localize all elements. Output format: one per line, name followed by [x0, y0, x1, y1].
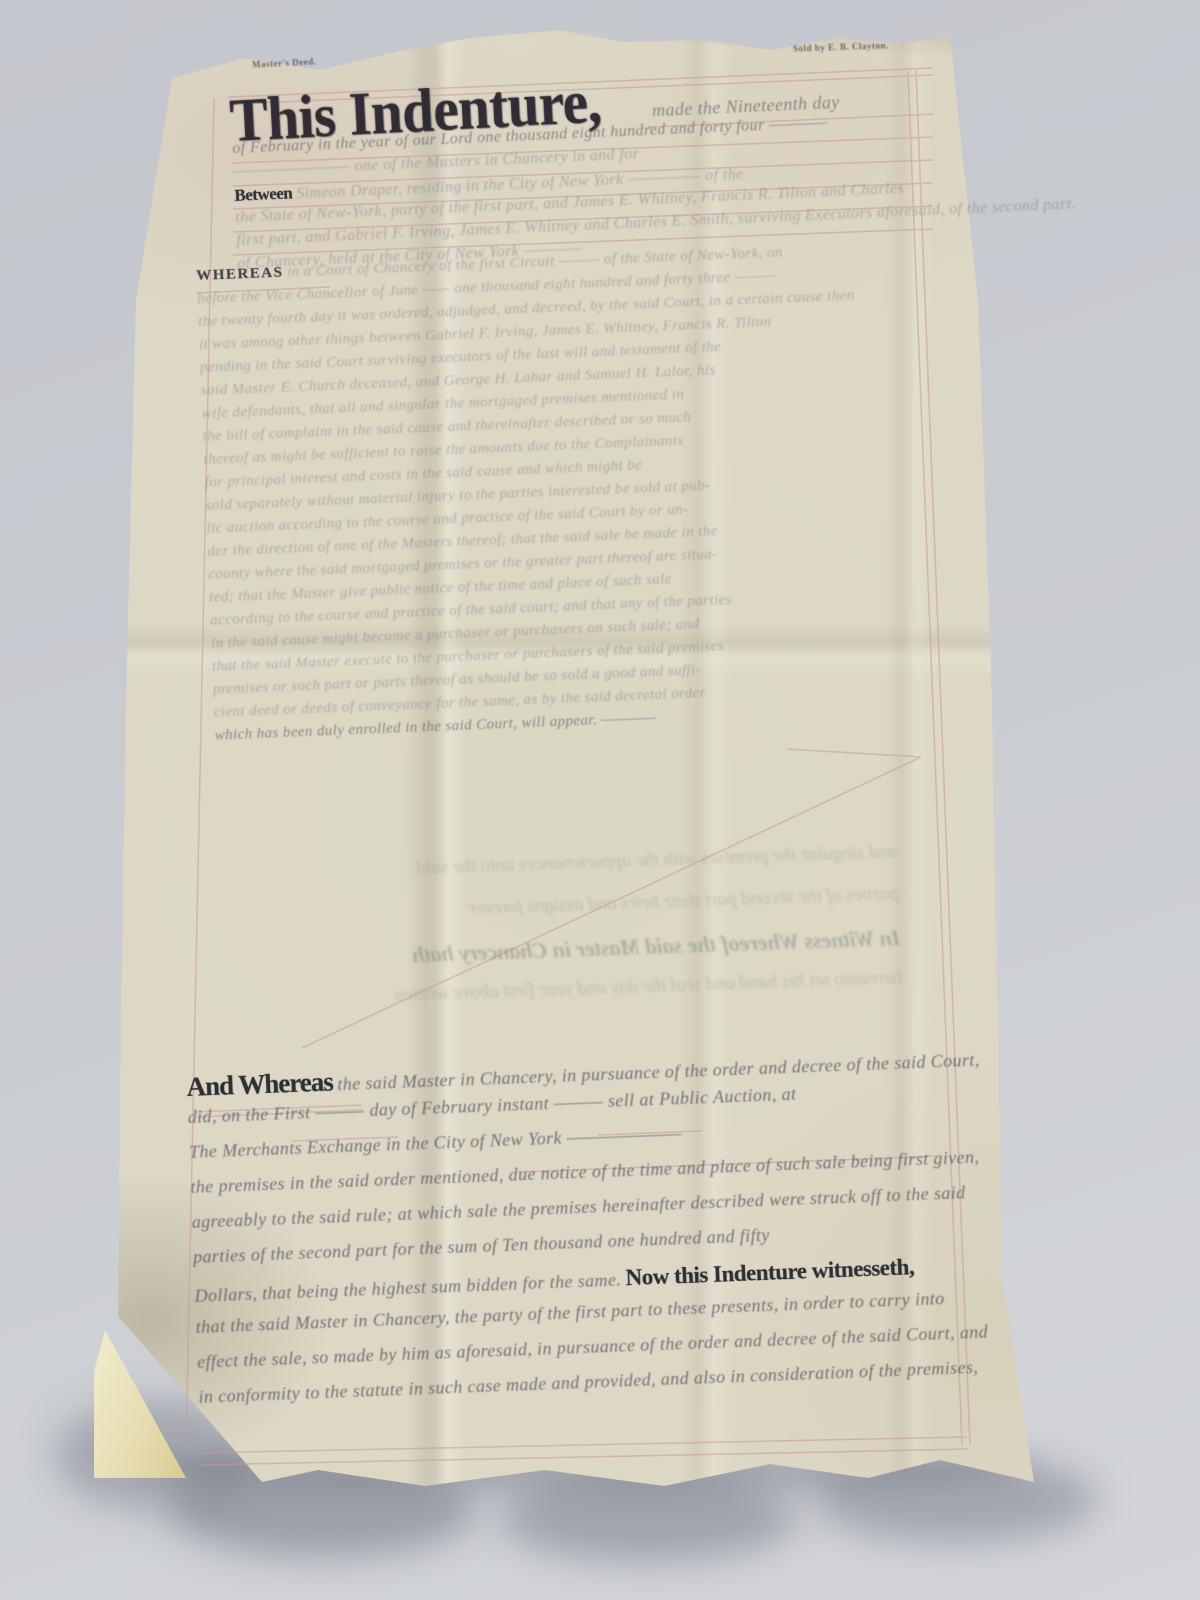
and-whereas-paragraph: And Whereas the said Master in Chancery,…: [186, 1042, 992, 1422]
and-whereas-label: And Whereas: [186, 1066, 333, 1102]
whereas-label: WHEREAS: [196, 265, 284, 284]
bleed-through-text: and singular the premises with the appur…: [267, 841, 902, 1031]
between-label: Between: [234, 183, 293, 205]
whereas-paragraph: WHEREAS in a Court of Chancery of the fi…: [196, 242, 872, 751]
photo-of-indenture-document: Master's Deed. Sold by E. B. Clayton. Th…: [0, 0, 1200, 1600]
